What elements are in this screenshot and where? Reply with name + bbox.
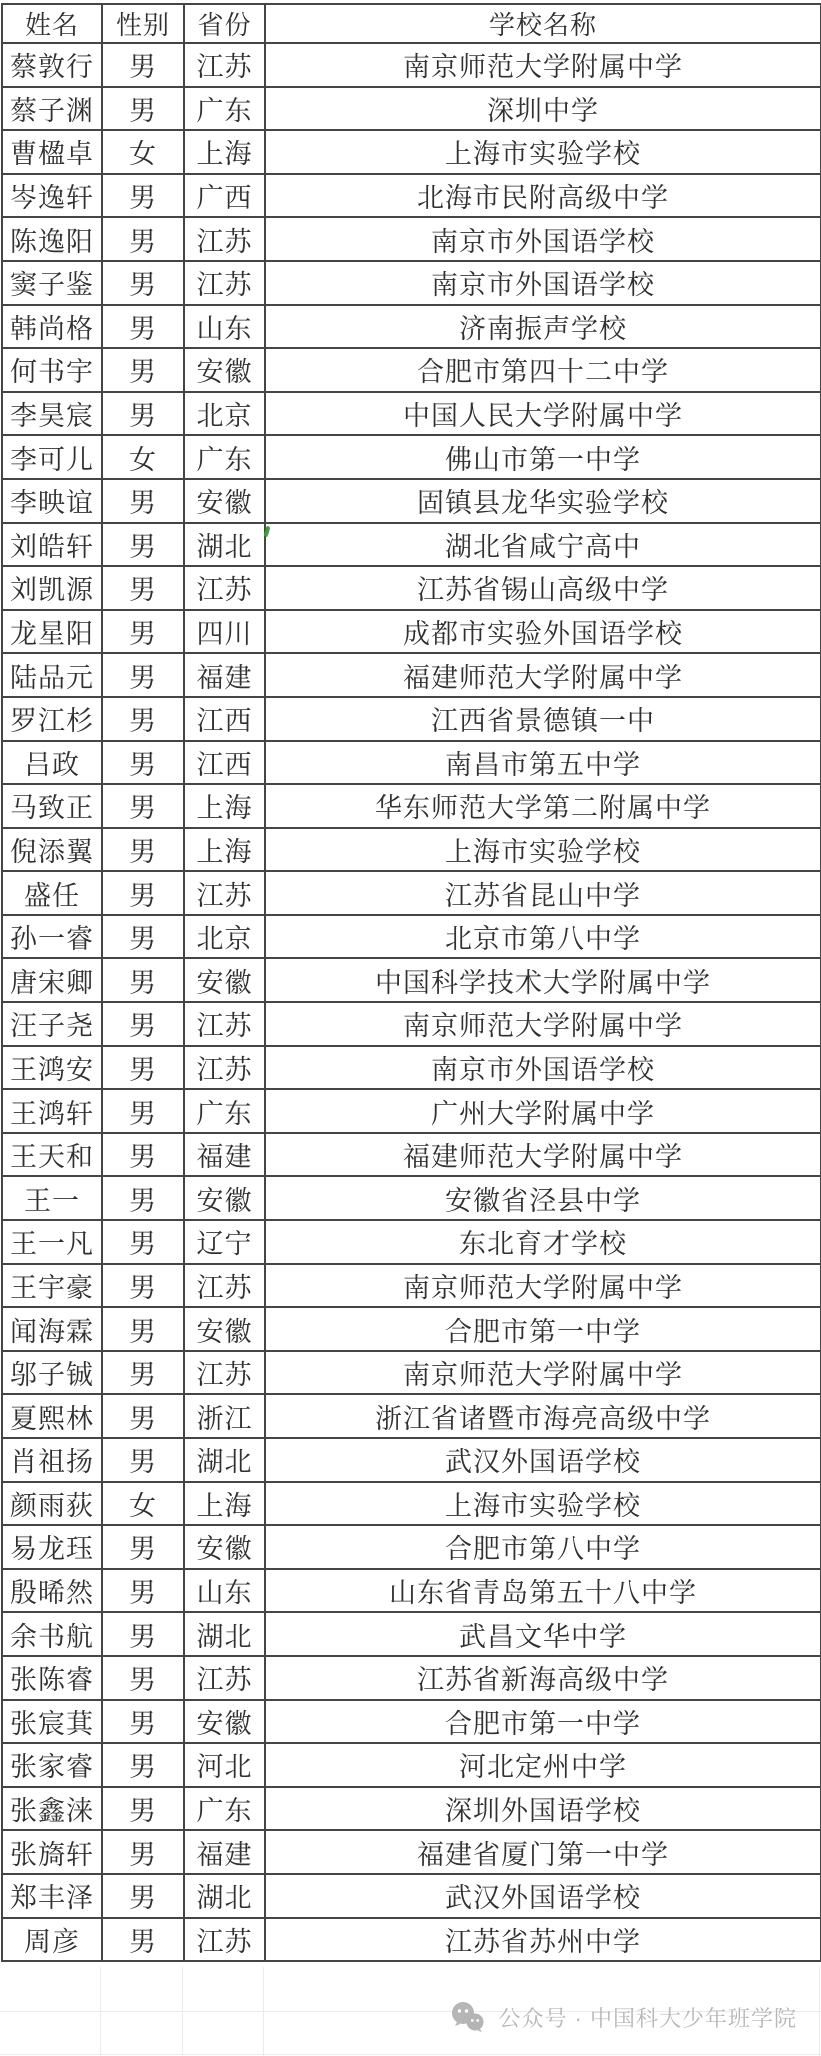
province-cell: 安徽 <box>184 1700 265 1744</box>
school-cell: 中国科学技术大学附属中学 <box>265 958 821 1002</box>
table-row: 夏熙林男浙江浙江省诸暨市海亮高级中学 <box>2 1394 821 1438</box>
province-cell: 湖北 <box>184 523 265 567</box>
gender-cell: 男 <box>102 653 184 697</box>
table-row: 颜雨荻女上海上海市实验学校 <box>2 1482 821 1526</box>
name-cell: 闻海霖 <box>2 1307 102 1351</box>
table-row: 张家睿男河北河北定州中学 <box>2 1743 821 1787</box>
name-cell: 张宸萁 <box>2 1700 102 1744</box>
school-cell: 上海市实验学校 <box>265 130 821 174</box>
school-cell: 江苏省新海高级中学 <box>265 1656 821 1700</box>
table-row: 邬子铖男江苏南京师范大学附属中学 <box>2 1351 821 1395</box>
table-row: 肖祖扬男湖北武汉外国语学校 <box>2 1438 821 1482</box>
gender-cell: 男 <box>102 1220 184 1264</box>
table-row: 李可儿女广东佛山市第一中学 <box>2 435 821 479</box>
name-cell: 韩尚格 <box>2 305 102 349</box>
table-row: 刘凯源男江苏江苏省锡山高级中学 <box>2 566 821 610</box>
gender-cell: 男 <box>102 958 184 1002</box>
gender-cell: 男 <box>102 87 184 131</box>
table-row: 唐宋卿男安徽中国科学技术大学附属中学 <box>2 958 821 1002</box>
province-cell: 上海 <box>184 130 265 174</box>
province-cell: 山东 <box>184 1569 265 1613</box>
province-cell: 江苏 <box>184 43 265 87</box>
wechat-icon <box>450 2001 486 2033</box>
gender-cell: 男 <box>102 1656 184 1700</box>
table-row: 殷晞然男山东山东省青岛第五十八中学 <box>2 1569 821 1613</box>
gender-cell: 男 <box>102 1046 184 1090</box>
table-row: 王宇豪男江苏南京师范大学附属中学 <box>2 1264 821 1308</box>
school-cell: 南京师范大学附属中学 <box>265 1351 821 1395</box>
table-row: 吕政男江西南昌市第五中学 <box>2 741 821 785</box>
table-row: 闻海霖男安徽合肥市第一中学 <box>2 1307 821 1351</box>
name-cell: 窦子鉴 <box>2 261 102 305</box>
school-cell: 成都市实验外国语学校 <box>265 610 821 654</box>
province-cell: 广东 <box>184 87 265 131</box>
school-cell: 佛山市第一中学 <box>265 435 821 479</box>
school-cell: 东北育才学校 <box>265 1220 821 1264</box>
school-cell: 江西省景德镇一中 <box>265 697 821 741</box>
name-cell: 陈逸阳 <box>2 217 102 261</box>
province-cell: 江苏 <box>184 566 265 610</box>
school-cell: 合肥市第一中学 <box>265 1307 821 1351</box>
name-cell: 殷晞然 <box>2 1569 102 1613</box>
province-cell: 江苏 <box>184 1351 265 1395</box>
school-cell: 湖北省咸宁高中 <box>265 523 821 567</box>
school-cell: 福建师范大学附属中学 <box>265 653 821 697</box>
province-cell: 安徽 <box>184 348 265 392</box>
province-cell: 辽宁 <box>184 1220 265 1264</box>
watermark: 公众号 · 中国科大少年班学院 <box>450 2001 797 2033</box>
school-cell: 合肥市第四十二中学 <box>265 348 821 392</box>
name-cell: 张旖轩 <box>2 1830 102 1874</box>
table-row: 李映谊男安徽固镇县龙华实验学校 <box>2 479 821 523</box>
name-cell: 吕政 <box>2 741 102 785</box>
school-cell: 固镇县龙华实验学校 <box>265 479 821 523</box>
table-row: 余书航男湖北武昌文华中学 <box>2 1612 821 1656</box>
province-cell: 北京 <box>184 392 265 436</box>
table-row: 岑逸轩男广西北海市民附高级中学 <box>2 174 821 218</box>
table-row: 孙一睿男北京北京市第八中学 <box>2 915 821 959</box>
school-cell: 南京师范大学附属中学 <box>265 43 821 87</box>
school-cell: 上海市实验学校 <box>265 828 821 872</box>
table-row: 王鸿轩男广东广州大学附属中学 <box>2 1089 821 1133</box>
name-cell: 郑丰泽 <box>2 1874 102 1918</box>
table-row: 汪子尧男江苏南京师范大学附属中学 <box>2 1002 821 1046</box>
name-cell: 李昊宸 <box>2 392 102 436</box>
name-cell: 汪子尧 <box>2 1002 102 1046</box>
province-cell: 广东 <box>184 1787 265 1831</box>
name-cell: 倪添翼 <box>2 828 102 872</box>
name-cell: 曹楹卓 <box>2 130 102 174</box>
province-cell: 北京 <box>184 915 265 959</box>
gender-cell: 女 <box>102 1482 184 1526</box>
province-cell: 江西 <box>184 741 265 785</box>
school-cell: 南京师范大学附属中学 <box>265 1002 821 1046</box>
gender-cell: 男 <box>102 871 184 915</box>
name-cell: 王一 <box>2 1176 102 1220</box>
table-row: 陈逸阳男江苏南京市外国语学校 <box>2 217 821 261</box>
name-cell: 邬子铖 <box>2 1351 102 1395</box>
table-row: 龙星阳男四川成都市实验外国语学校 <box>2 610 821 654</box>
name-cell: 王鸿轩 <box>2 1089 102 1133</box>
school-cell: 武昌文华中学 <box>265 1612 821 1656</box>
table-row: 王一男安徽安徽省泾县中学 <box>2 1176 821 1220</box>
roster-table-image: 姓名 性别 省份 学校名称 蔡敦行男江苏南京师范大学附属中学蔡子渊男广东深圳中学… <box>0 0 821 2056</box>
province-cell: 上海 <box>184 784 265 828</box>
footer-gridline-horizontal <box>0 2054 821 2055</box>
school-cell: 深圳外国语学校 <box>265 1787 821 1831</box>
gender-cell: 男 <box>102 348 184 392</box>
province-cell: 安徽 <box>184 958 265 1002</box>
name-cell: 颜雨荻 <box>2 1482 102 1526</box>
gender-cell: 男 <box>102 1830 184 1874</box>
school-cell: 北海市民附高级中学 <box>265 174 821 218</box>
gender-cell: 男 <box>102 915 184 959</box>
table-row: 张旖轩男福建福建省厦门第一中学 <box>2 1830 821 1874</box>
table-row: 盛任男江苏江苏省昆山中学 <box>2 871 821 915</box>
name-cell: 陆品元 <box>2 653 102 697</box>
province-cell: 江苏 <box>184 1002 265 1046</box>
province-cell: 安徽 <box>184 1176 265 1220</box>
school-cell: 江苏省锡山高级中学 <box>265 566 821 610</box>
table-row: 陆品元男福建福建师范大学附属中学 <box>2 653 821 697</box>
school-cell: 合肥市第八中学 <box>265 1525 821 1569</box>
school-cell: 南京师范大学附属中学 <box>265 1264 821 1308</box>
name-cell: 孙一睿 <box>2 915 102 959</box>
gender-cell: 男 <box>102 305 184 349</box>
gender-cell: 男 <box>102 217 184 261</box>
name-cell: 刘凯源 <box>2 566 102 610</box>
name-cell: 蔡子渊 <box>2 87 102 131</box>
gender-cell: 男 <box>102 1307 184 1351</box>
table-row: 蔡子渊男广东深圳中学 <box>2 87 821 131</box>
school-cell: 上海市实验学校 <box>265 1482 821 1526</box>
school-cell: 广州大学附属中学 <box>265 1089 821 1133</box>
school-cell: 南京市外国语学校 <box>265 217 821 261</box>
province-cell: 福建 <box>184 653 265 697</box>
gender-cell: 男 <box>102 1351 184 1395</box>
gender-cell: 男 <box>102 828 184 872</box>
gender-cell: 男 <box>102 610 184 654</box>
school-cell: 安徽省泾县中学 <box>265 1176 821 1220</box>
gender-cell: 男 <box>102 1525 184 1569</box>
name-cell: 李可儿 <box>2 435 102 479</box>
gender-cell: 男 <box>102 1612 184 1656</box>
province-cell: 江苏 <box>184 1046 265 1090</box>
province-cell: 福建 <box>184 1830 265 1874</box>
table-row: 倪添翼男上海上海市实验学校 <box>2 828 821 872</box>
school-cell: 南京市外国语学校 <box>265 1046 821 1090</box>
gender-cell: 男 <box>102 784 184 828</box>
table-row: 马致正男上海华东师范大学第二附属中学 <box>2 784 821 828</box>
school-cell: 武汉外国语学校 <box>265 1874 821 1918</box>
name-cell: 王宇豪 <box>2 1264 102 1308</box>
province-cell: 上海 <box>184 1482 265 1526</box>
name-cell: 马致正 <box>2 784 102 828</box>
province-cell: 江苏 <box>184 1264 265 1308</box>
name-cell: 肖祖扬 <box>2 1438 102 1482</box>
gender-cell: 男 <box>102 1569 184 1613</box>
header-row: 姓名 性别 省份 学校名称 <box>2 4 821 43</box>
table-row: 郑丰泽男湖北武汉外国语学校 <box>2 1874 821 1918</box>
province-cell: 江苏 <box>184 1918 265 1962</box>
name-cell: 王一凡 <box>2 1220 102 1264</box>
admission-roster-table: 姓名 性别 省份 学校名称 蔡敦行男江苏南京师范大学附属中学蔡子渊男广东深圳中学… <box>1 3 821 1962</box>
school-cell: 济南振声学校 <box>265 305 821 349</box>
school-cell: 福建师范大学附属中学 <box>265 1133 821 1177</box>
school-cell: 南昌市第五中学 <box>265 741 821 785</box>
province-cell: 江西 <box>184 697 265 741</box>
table-row: 窦子鉴男江苏南京市外国语学校 <box>2 261 821 305</box>
school-cell: 北京市第八中学 <box>265 915 821 959</box>
name-cell: 张陈睿 <box>2 1656 102 1700</box>
name-cell: 刘皓轩 <box>2 523 102 567</box>
province-cell: 河北 <box>184 1743 265 1787</box>
gender-cell: 男 <box>102 1743 184 1787</box>
gender-cell: 女 <box>102 435 184 479</box>
school-cell: 深圳中学 <box>265 87 821 131</box>
gender-cell: 男 <box>102 741 184 785</box>
gender-cell: 男 <box>102 1133 184 1177</box>
school-cell: 武汉外国语学校 <box>265 1438 821 1482</box>
name-cell: 夏熙林 <box>2 1394 102 1438</box>
table-row: 曹楹卓女上海上海市实验学校 <box>2 130 821 174</box>
province-cell: 安徽 <box>184 1525 265 1569</box>
province-cell: 广东 <box>184 1089 265 1133</box>
column-header-name: 姓名 <box>2 4 102 43</box>
school-cell: 合肥市第一中学 <box>265 1700 821 1744</box>
gender-cell: 男 <box>102 261 184 305</box>
table-row: 刘皓轩男湖北湖北省咸宁高中 <box>2 523 821 567</box>
name-cell: 龙星阳 <box>2 610 102 654</box>
name-cell: 唐宋卿 <box>2 958 102 1002</box>
name-cell: 王鸿安 <box>2 1046 102 1090</box>
gender-cell: 男 <box>102 566 184 610</box>
school-cell: 江苏省昆山中学 <box>265 871 821 915</box>
gender-cell: 男 <box>102 174 184 218</box>
province-cell: 湖北 <box>184 1874 265 1918</box>
province-cell: 湖北 <box>184 1438 265 1482</box>
name-cell: 王天和 <box>2 1133 102 1177</box>
gender-cell: 男 <box>102 1787 184 1831</box>
province-cell: 江苏 <box>184 217 265 261</box>
table-row: 李昊宸男北京中国人民大学附属中学 <box>2 392 821 436</box>
name-cell: 周彦 <box>2 1918 102 1962</box>
province-cell: 安徽 <box>184 1307 265 1351</box>
table-row: 周彦男江苏江苏省苏州中学 <box>2 1918 821 1962</box>
school-cell: 中国人民大学附属中学 <box>265 392 821 436</box>
table-row: 王一凡男辽宁东北育才学校 <box>2 1220 821 1264</box>
province-cell: 江苏 <box>184 1656 265 1700</box>
table-row: 韩尚格男山东济南振声学校 <box>2 305 821 349</box>
gender-cell: 男 <box>102 523 184 567</box>
school-cell: 华东师范大学第二附属中学 <box>265 784 821 828</box>
table-row: 张陈睿男江苏江苏省新海高级中学 <box>2 1656 821 1700</box>
gender-cell: 男 <box>102 479 184 523</box>
table-row: 张宸萁男安徽合肥市第一中学 <box>2 1700 821 1744</box>
name-cell: 易龙珏 <box>2 1525 102 1569</box>
name-cell: 余书航 <box>2 1612 102 1656</box>
gender-cell: 男 <box>102 1176 184 1220</box>
school-cell: 山东省青岛第五十八中学 <box>265 1569 821 1613</box>
gender-cell: 男 <box>102 697 184 741</box>
province-cell: 山东 <box>184 305 265 349</box>
gender-cell: 男 <box>102 1264 184 1308</box>
name-cell: 李映谊 <box>2 479 102 523</box>
name-cell: 盛任 <box>2 871 102 915</box>
gender-cell: 男 <box>102 392 184 436</box>
table-body: 蔡敦行男江苏南京师范大学附属中学蔡子渊男广东深圳中学曹楹卓女上海上海市实验学校岑… <box>2 43 821 1961</box>
province-cell: 上海 <box>184 828 265 872</box>
table-row: 蔡敦行男江苏南京师范大学附属中学 <box>2 43 821 87</box>
province-cell: 广西 <box>184 174 265 218</box>
gender-cell: 男 <box>102 43 184 87</box>
gender-cell: 男 <box>102 1918 184 1962</box>
gender-cell: 男 <box>102 1394 184 1438</box>
watermark-text: 公众号 · 中国科大少年班学院 <box>498 2002 797 2033</box>
name-cell: 张家睿 <box>2 1743 102 1787</box>
table-row: 张鑫涞男广东深圳外国语学校 <box>2 1787 821 1831</box>
name-cell: 蔡敦行 <box>2 43 102 87</box>
school-cell: 福建省厦门第一中学 <box>265 1830 821 1874</box>
school-cell: 河北定州中学 <box>265 1743 821 1787</box>
province-cell: 四川 <box>184 610 265 654</box>
school-cell: 浙江省诸暨市海亮高级中学 <box>265 1394 821 1438</box>
gender-cell: 男 <box>102 1002 184 1046</box>
province-cell: 福建 <box>184 1133 265 1177</box>
province-cell: 湖北 <box>184 1612 265 1656</box>
name-cell: 何书宇 <box>2 348 102 392</box>
gender-cell: 女 <box>102 130 184 174</box>
table-header: 姓名 性别 省份 学校名称 <box>2 4 821 43</box>
school-cell: 江苏省苏州中学 <box>265 1918 821 1962</box>
province-cell: 浙江 <box>184 1394 265 1438</box>
province-cell: 广东 <box>184 435 265 479</box>
gender-cell: 男 <box>102 1700 184 1744</box>
province-cell: 安徽 <box>184 479 265 523</box>
table-row: 罗江杉男江西江西省景德镇一中 <box>2 697 821 741</box>
gender-cell: 男 <box>102 1438 184 1482</box>
table-row: 王天和男福建福建师范大学附属中学 <box>2 1133 821 1177</box>
column-header-school: 学校名称 <box>265 4 821 43</box>
table-row: 王鸿安男江苏南京市外国语学校 <box>2 1046 821 1090</box>
gender-cell: 男 <box>102 1089 184 1133</box>
school-cell: 南京市外国语学校 <box>265 261 821 305</box>
province-cell: 江苏 <box>184 261 265 305</box>
table-row: 何书宇男安徽合肥市第四十二中学 <box>2 348 821 392</box>
column-header-province: 省份 <box>184 4 265 43</box>
name-cell: 罗江杉 <box>2 697 102 741</box>
name-cell: 张鑫涞 <box>2 1787 102 1831</box>
column-header-gender: 性别 <box>102 4 184 43</box>
name-cell: 岑逸轩 <box>2 174 102 218</box>
province-cell: 江苏 <box>184 871 265 915</box>
table-row: 易龙珏男安徽合肥市第八中学 <box>2 1525 821 1569</box>
gender-cell: 男 <box>102 1874 184 1918</box>
